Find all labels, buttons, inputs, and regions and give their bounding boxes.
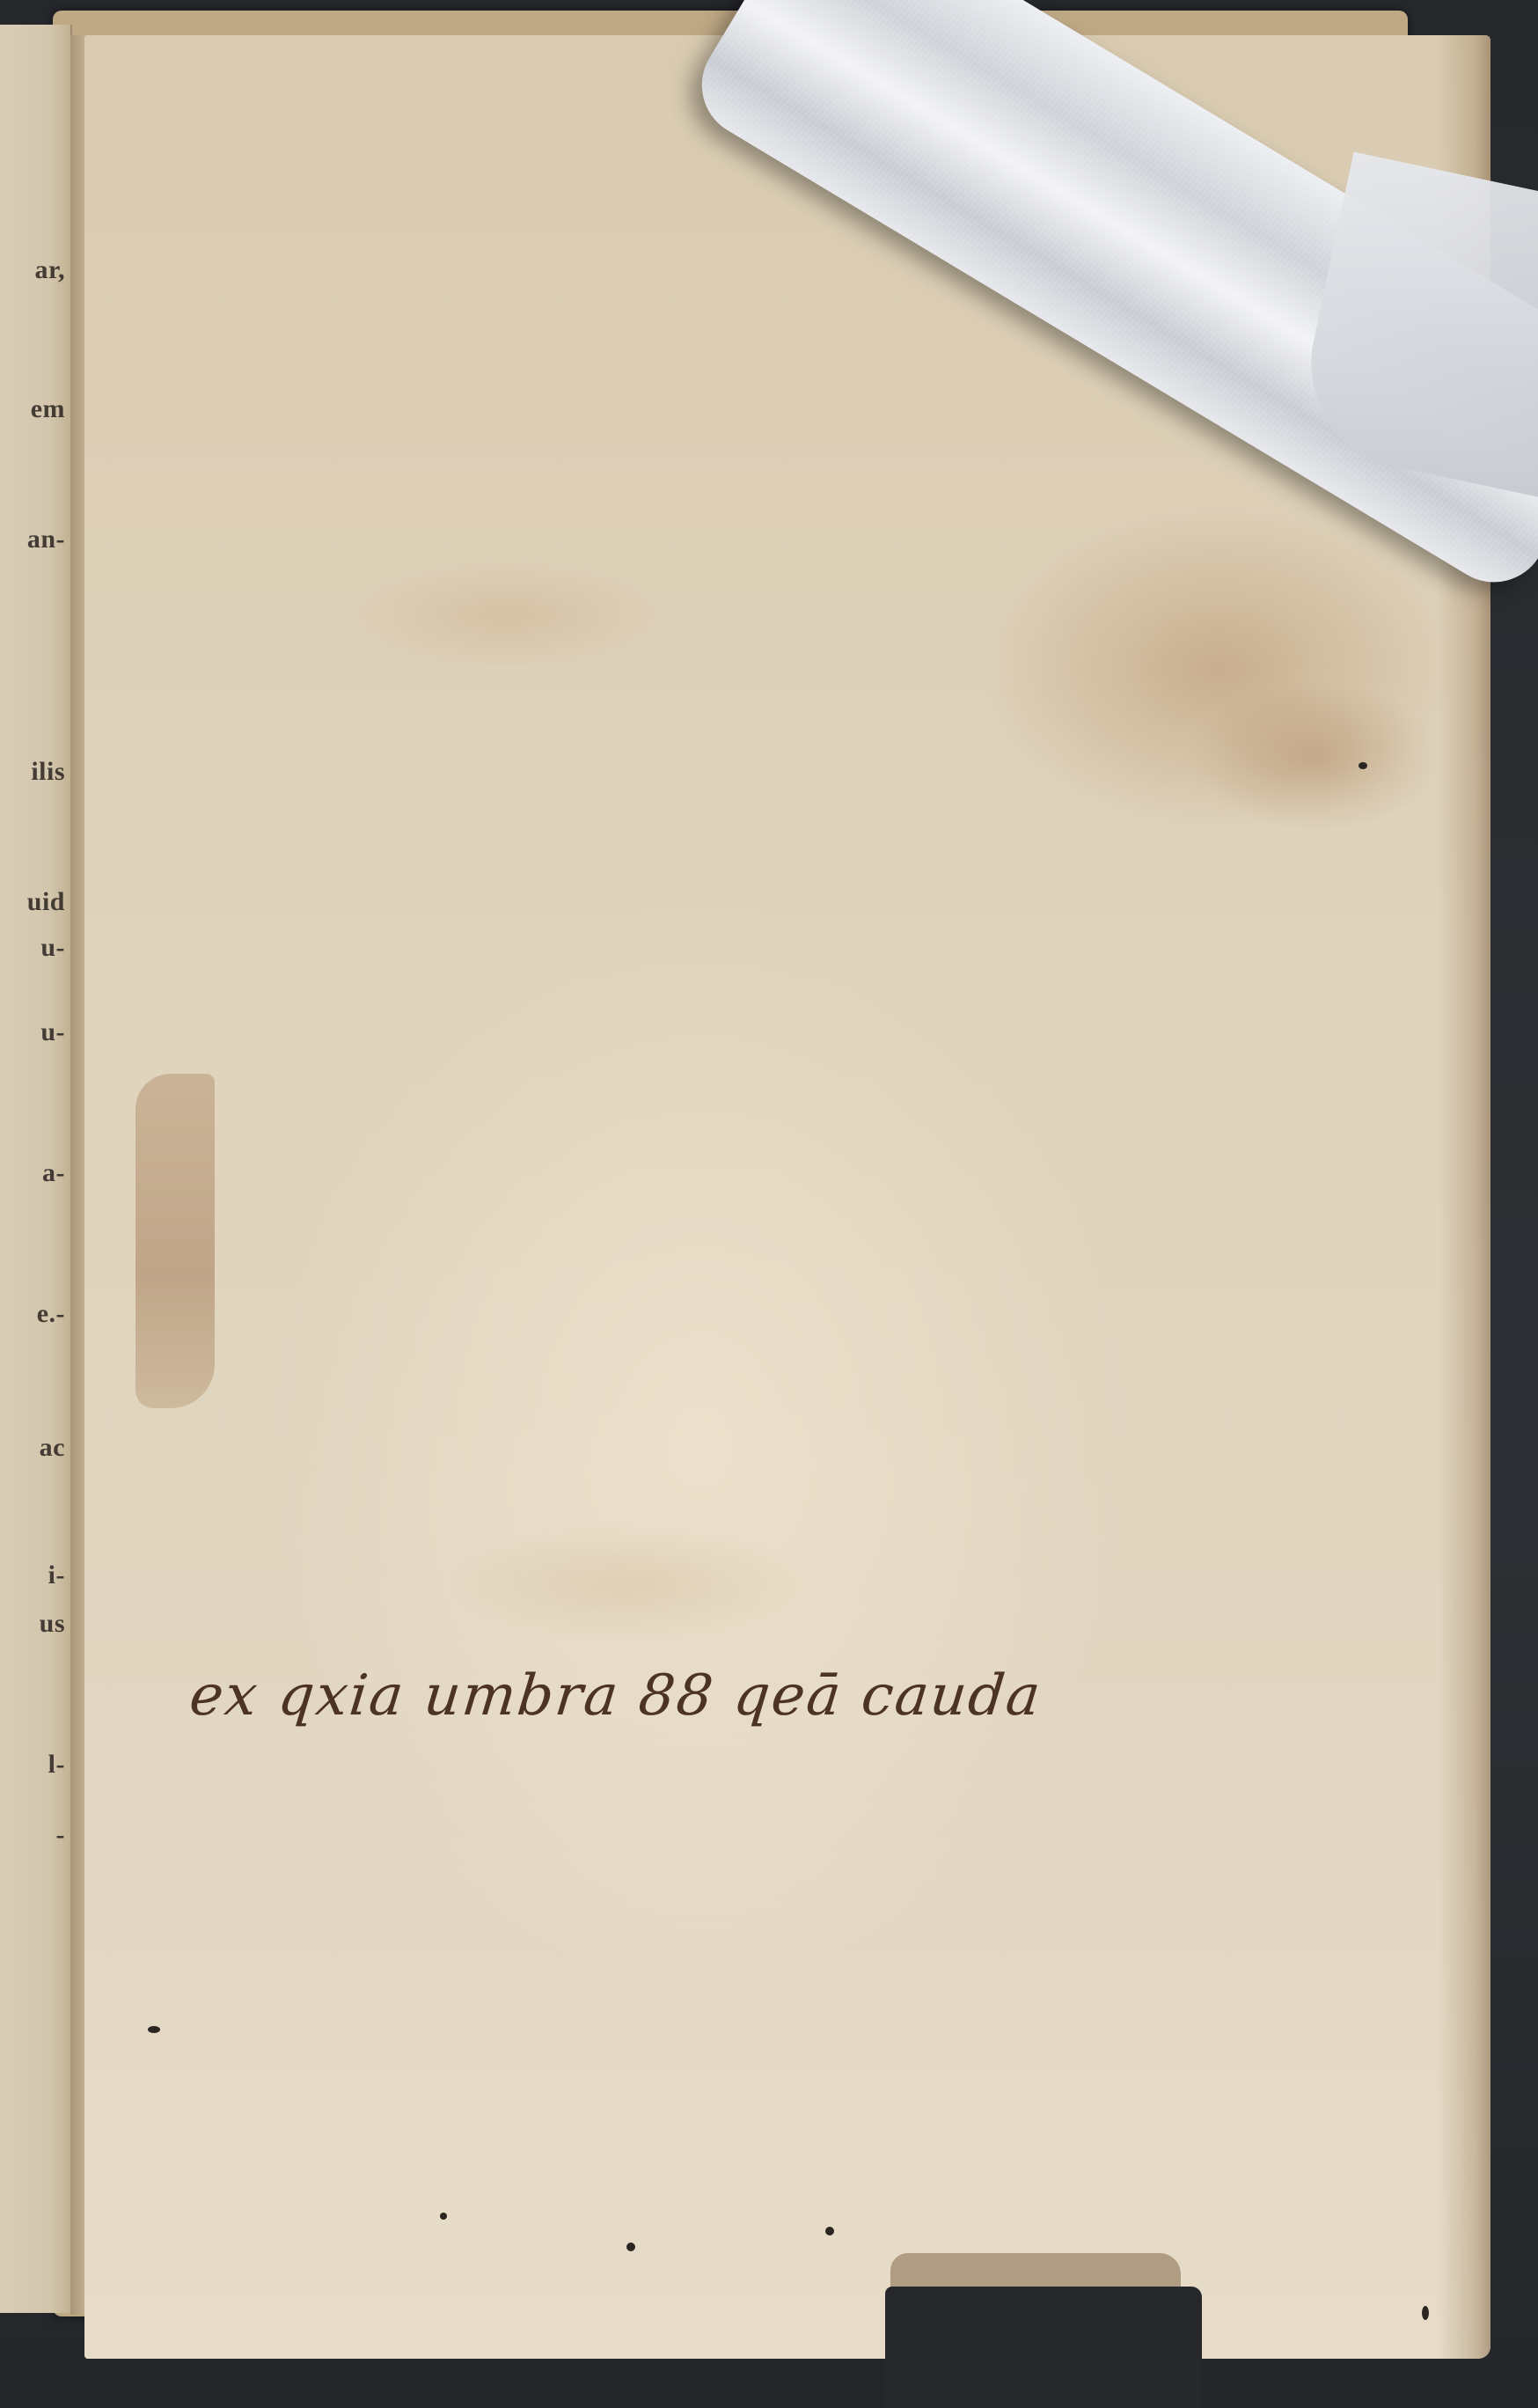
ink-speck — [148, 2026, 160, 2033]
ink-speck — [825, 2227, 834, 2235]
left-page-fragment: us — [0, 1609, 70, 1639]
handwritten-annotation: ex qxia umbra 88 qeā cauda — [187, 1663, 1045, 1729]
left-page-fragment: u- — [0, 1017, 70, 1047]
ink-speck — [1359, 762, 1367, 769]
left-page-fragment: ar, — [0, 255, 70, 285]
ink-speck — [1422, 2306, 1429, 2320]
left-page-fragment: i- — [0, 1560, 70, 1590]
left-page-fragment: - — [0, 1820, 70, 1850]
ink-speck — [440, 2213, 447, 2220]
left-page-fragment: an- — [0, 525, 70, 554]
ink-speck — [626, 2243, 635, 2251]
left-page-fragment: e.- — [0, 1299, 70, 1329]
left-page-fragment: l- — [0, 1750, 70, 1780]
left-facing-page: ar, em an- ilis uid u- u- a- e.- ac i- u… — [0, 25, 72, 2313]
book-photo: ar, em an- ilis uid u- u- a- e.- ac i- u… — [0, 0, 1538, 2408]
left-page-fragment: u- — [0, 933, 70, 963]
left-page-fragment: a- — [0, 1158, 70, 1188]
left-page-fragment: em — [0, 394, 70, 424]
left-page-fragment: ilis — [0, 757, 70, 787]
left-page-fragment: uid — [0, 887, 70, 917]
left-page-fragment: ac — [0, 1433, 70, 1463]
torn-notch — [885, 2287, 1202, 2408]
torn-paper-fold — [135, 1074, 215, 1408]
